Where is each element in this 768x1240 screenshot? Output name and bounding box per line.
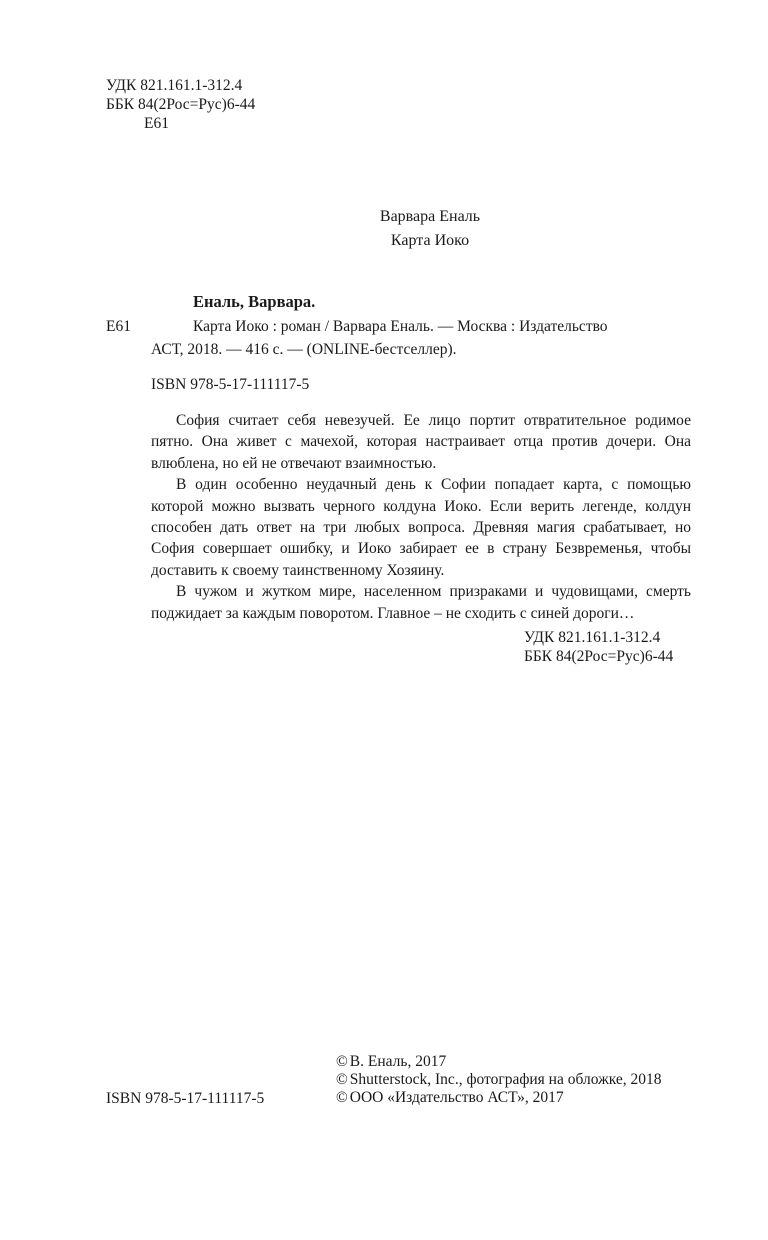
annotation-paragraph: В чужом и жутком мире, населенном призра… [151, 581, 691, 624]
catalog-isbn: ISBN 978-5-17-111117-5 [151, 375, 309, 394]
copyright-line: ©ООО «Издательство АСТ», 2017 [336, 1089, 662, 1107]
bbk-code: ББК 84(2Рос=Рус)6-44 [524, 647, 673, 666]
copyright-block: ©В. Еналь, 2017 ©Shutterstock, Inc., фот… [336, 1053, 662, 1107]
udk-code: УДК 821.161.1-312.4 [524, 628, 673, 647]
copyright-icon: © [336, 1053, 348, 1070]
catalog-description-line-1: Карта Иоко : роман / Варвара Еналь. — Мо… [193, 317, 608, 336]
bbk-code: ББК 84(2Рос=Рус)6-44 [106, 95, 255, 114]
title-block: Варвара Еналь Карта Иоко [330, 205, 530, 253]
catalog-heading: Еналь, Варвара. [193, 292, 315, 311]
copyright-line: ©В. Еналь, 2017 [336, 1053, 662, 1071]
classification-bottom: УДК 821.161.1-312.4 ББК 84(2Рос=Рус)6-44 [524, 628, 673, 666]
book-author: Варвара Еналь [330, 205, 530, 229]
catalog-author-sign: Е61 [106, 317, 131, 336]
classification-top: УДК 821.161.1-312.4 ББК 84(2Рос=Рус)6-44… [106, 76, 255, 133]
author-sign: Е61 [106, 114, 255, 133]
catalog-description-line-2: АСТ, 2018. — 416 с. — (ONLINE-бестселлер… [151, 340, 457, 359]
bottom-isbn: ISBN 978-5-17-111117-5 [106, 1089, 264, 1108]
copyright-icon: © [336, 1071, 348, 1088]
annotation-paragraph: В один особенно неудачный день к Софии п… [151, 474, 691, 581]
udk-code: УДК 821.161.1-312.4 [106, 76, 255, 95]
annotation-paragraph: София считает себя невезучей. Ее лицо по… [151, 410, 691, 474]
copyright-line: ©Shutterstock, Inc., фотография на облож… [336, 1071, 662, 1089]
book-title: Карта Иоко [330, 229, 530, 253]
copyright-icon: © [336, 1089, 348, 1106]
annotation: София считает себя невезучей. Ее лицо по… [151, 410, 691, 624]
